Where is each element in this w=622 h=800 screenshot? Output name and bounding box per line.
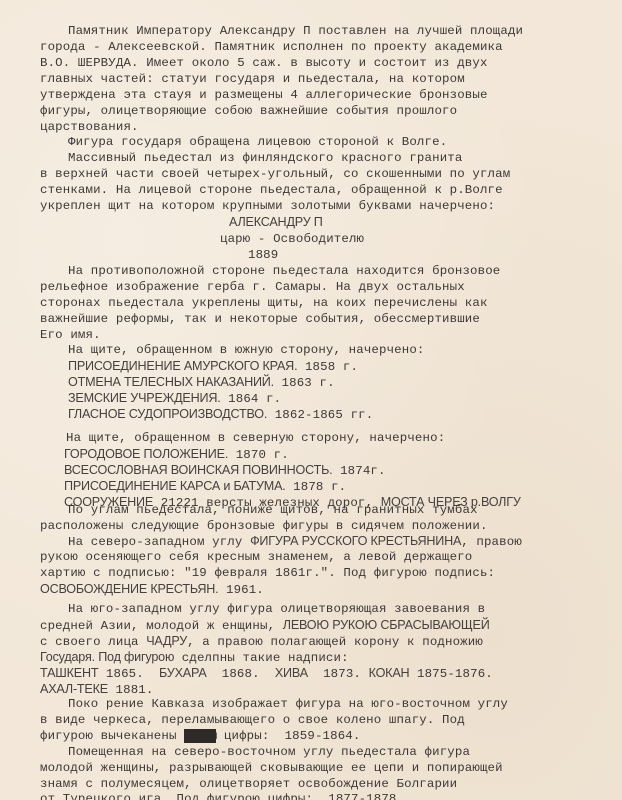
item-year: 1864 г. <box>221 392 282 406</box>
text-line: города - Алексеевской. Памятник исполнен… <box>40 40 503 54</box>
item-title: ГЛАСНОЕ СУДОПРОИЗВОДСТВО. <box>68 407 267 421</box>
inscription-line: АЛЕКСАНДРУ П <box>229 215 323 229</box>
place-name: БУХАРА <box>159 666 207 680</box>
text-line: В.О. ШЕРВУДА. Имеет около 5 саж. в высот… <box>40 56 488 70</box>
figure-title: ФИГУРА РУССКОГО КРЕСТЬЯНИНА <box>250 534 461 548</box>
south-shield-intro: На щите, обращенном в южную сторону, нач… <box>68 343 425 357</box>
place-name: КОКАН <box>369 666 410 680</box>
text-line: Массивный пьедестал из финляндского крас… <box>68 151 462 165</box>
inscription-line: царю - Освободителю <box>220 232 364 246</box>
place-year: 1865. <box>98 667 159 681</box>
item-title: ЗЕМСКИЕ УЧРЕЖДЕНИЯ. <box>68 391 221 405</box>
text-line: фигуры, олицетворяющие собою важнейшие с… <box>40 104 457 118</box>
item-title: ВСЕСОСЛОВНАЯ ВОИНСКАЯ ПОВИННОСТЬ. <box>64 463 332 477</box>
place-year: 1868. <box>207 667 275 681</box>
text-line: в верхней части своей четырех-угольный, … <box>40 167 510 181</box>
place-name: ТАШКЕНТ <box>40 666 98 680</box>
item-year: 1878 г. <box>286 480 347 494</box>
text-line: ТАШКЕНТ 1865. БУХАРА 1868. ХИВА 1873. КО… <box>40 666 493 680</box>
text-span: средней Азии, молодой ж енщины, <box>40 619 283 633</box>
text-line: На северо-западном углу ФИГУРА РУССКОГО … <box>68 534 522 548</box>
text-line: Его имя. <box>40 328 101 342</box>
north-shield-item: ВСЕСОСЛОВНАЯ ВОИНСКАЯ ПОВИННОСТЬ. 1874г. <box>64 463 386 477</box>
item-year: 1862-1865 гг. <box>267 408 373 422</box>
text-line: хартию с подписью: "19 февраля 1861г.". … <box>40 566 495 580</box>
place-year: 1875-1876. <box>409 667 492 681</box>
south-shield-item: ОТМЕНА ТЕЛЕСНЫХ НАКАЗАНИЙ. 1863 г. <box>68 375 335 389</box>
text-line: расположены следующие бронзовые фигуры в… <box>40 519 488 533</box>
text-span: , а правою полагающей корону к подножию <box>187 635 483 649</box>
text-span: фигурою вычеканены <box>40 729 184 743</box>
figure-caption: ОСВОБОЖДЕНИЕ КРЕСТЬЯН. <box>40 582 218 596</box>
item-title: ОТМЕНА ТЕЛЕСНЫХ НАКАЗАНИЙ. <box>68 375 274 389</box>
text-line: утверждена эта стауя и размещены 4 аллег… <box>40 88 488 102</box>
text-line: ОСВОБОЖДЕНИЕ КРЕСТЬЯН. 1961. <box>40 582 264 596</box>
text-line: в виде черкеса, переламывающего о свое к… <box>40 713 465 727</box>
text-line: царствования. <box>40 120 139 134</box>
text-line: На противоположной стороне пьедестала на… <box>68 264 500 278</box>
north-shield-intro: На щите, обращенном в северную сторону, … <box>66 431 445 445</box>
text-line: сторонах пьедестала укреплены щиты, на к… <box>40 296 488 310</box>
text-line: знамя с полумесяцем, олицетворяет освобо… <box>40 777 457 791</box>
text-line: фигурою вычеканены шашрш цифры: 1859-186… <box>40 729 360 743</box>
place-name: ХИВА <box>275 666 308 680</box>
struck-out-word: шашрш <box>184 729 216 743</box>
north-shield-item: ПРИСОЕДИНЕНИЕ КАРСА и БАТУМА. 1878 г. <box>64 479 346 493</box>
south-shield-item: ЗЕМСКИЕ УЧРЕЖДЕНИЯ. 1864 г. <box>68 391 281 405</box>
item-year: 1863 г. <box>274 376 335 390</box>
text-line: важнейшие реформы, так и некоторые событ… <box>40 312 480 326</box>
text-span: , правою <box>461 535 522 549</box>
text-line: молодой женщины, разрывающей сковывающие… <box>40 761 503 775</box>
item-title: ГОРОДОВОЕ ПОЛОЖЕНИЕ. <box>64 447 228 461</box>
place-year: 1881. <box>108 683 154 697</box>
text-line: стенками. На лицевой стороне пьедестала,… <box>40 183 503 197</box>
text-span: сделпны такие надписи: <box>174 651 348 665</box>
text-line: Помещенная на северо-восточном углу пьед… <box>68 745 470 759</box>
text-line: Фигура государя обращена лицевою стороно… <box>68 135 447 149</box>
text-line: АХАЛ-ТЕКЕ 1881. <box>40 682 153 696</box>
text-line: от Турецкого ига. Под фигурою цифры: 187… <box>40 792 404 800</box>
text-line: По углам пьедестала, пониже щитов, на гр… <box>68 503 478 517</box>
item-year: 1874г. <box>332 464 385 478</box>
north-shield-item: ГОРОДОВОЕ ПОЛОЖЕНИЕ. 1870 г. <box>64 447 289 461</box>
text-line: с своего лица ЧАДРУ, а правою полагающей… <box>40 634 483 648</box>
caps-span: ЧАДРУ <box>146 634 187 648</box>
text-line: рукою осеняющего себя кресным знаменем, … <box>40 550 472 564</box>
text-span: цифры: 1859-1864. <box>216 729 360 743</box>
caps-span: Государя. Под фигурою <box>40 650 174 664</box>
item-year: 1858 г. <box>297 360 358 374</box>
text-span: На северо-западном углу <box>68 535 250 549</box>
text-line: На юго-западном углу фигура олицетворяющ… <box>68 602 485 616</box>
south-shield-item: ГЛАСНОЕ СУДОПРОИЗВОДСТВО. 1862-1865 гг. <box>68 407 373 421</box>
text-span: 1961. <box>218 583 264 597</box>
place-name: АХАЛ-ТЕКЕ <box>40 682 108 696</box>
item-title: ПРИСОЕДИНЕНИЕ АМУРСКОГО КРАЯ. <box>68 359 297 373</box>
text-line: средней Азии, молодой ж енщины, ЛЕВОЮ РУ… <box>40 618 490 632</box>
item-title: ПРИСОЕДИНЕНИЕ КАРСА и БАТУМА. <box>64 479 286 493</box>
text-line: рельефное изображение герба г. Самары. Н… <box>40 280 465 294</box>
caps-span: ЛЕВОЮ РУКОЮ СБРАСЫВАЮЩЕЙ <box>283 618 490 632</box>
text-line: Поко рение Кавказа изображает фигура на … <box>68 697 508 711</box>
text-line: Государя. Под фигурою сделпны такие надп… <box>40 650 349 664</box>
text-line: укреплен щит на котором крупными золотым… <box>40 199 495 213</box>
text-span: с своего лица <box>40 635 146 649</box>
inscription-year: 1889 <box>248 248 278 262</box>
text-line: Памятник Императору Александру П поставл… <box>68 24 523 38</box>
south-shield-item: ПРИСОЕДИНЕНИЕ АМУРСКОГО КРАЯ. 1858 г. <box>68 359 358 373</box>
text-line: главных частей: статуи государя и пьедес… <box>40 72 465 86</box>
item-year: 1870 г. <box>228 448 289 462</box>
place-year: 1873. <box>308 667 369 681</box>
